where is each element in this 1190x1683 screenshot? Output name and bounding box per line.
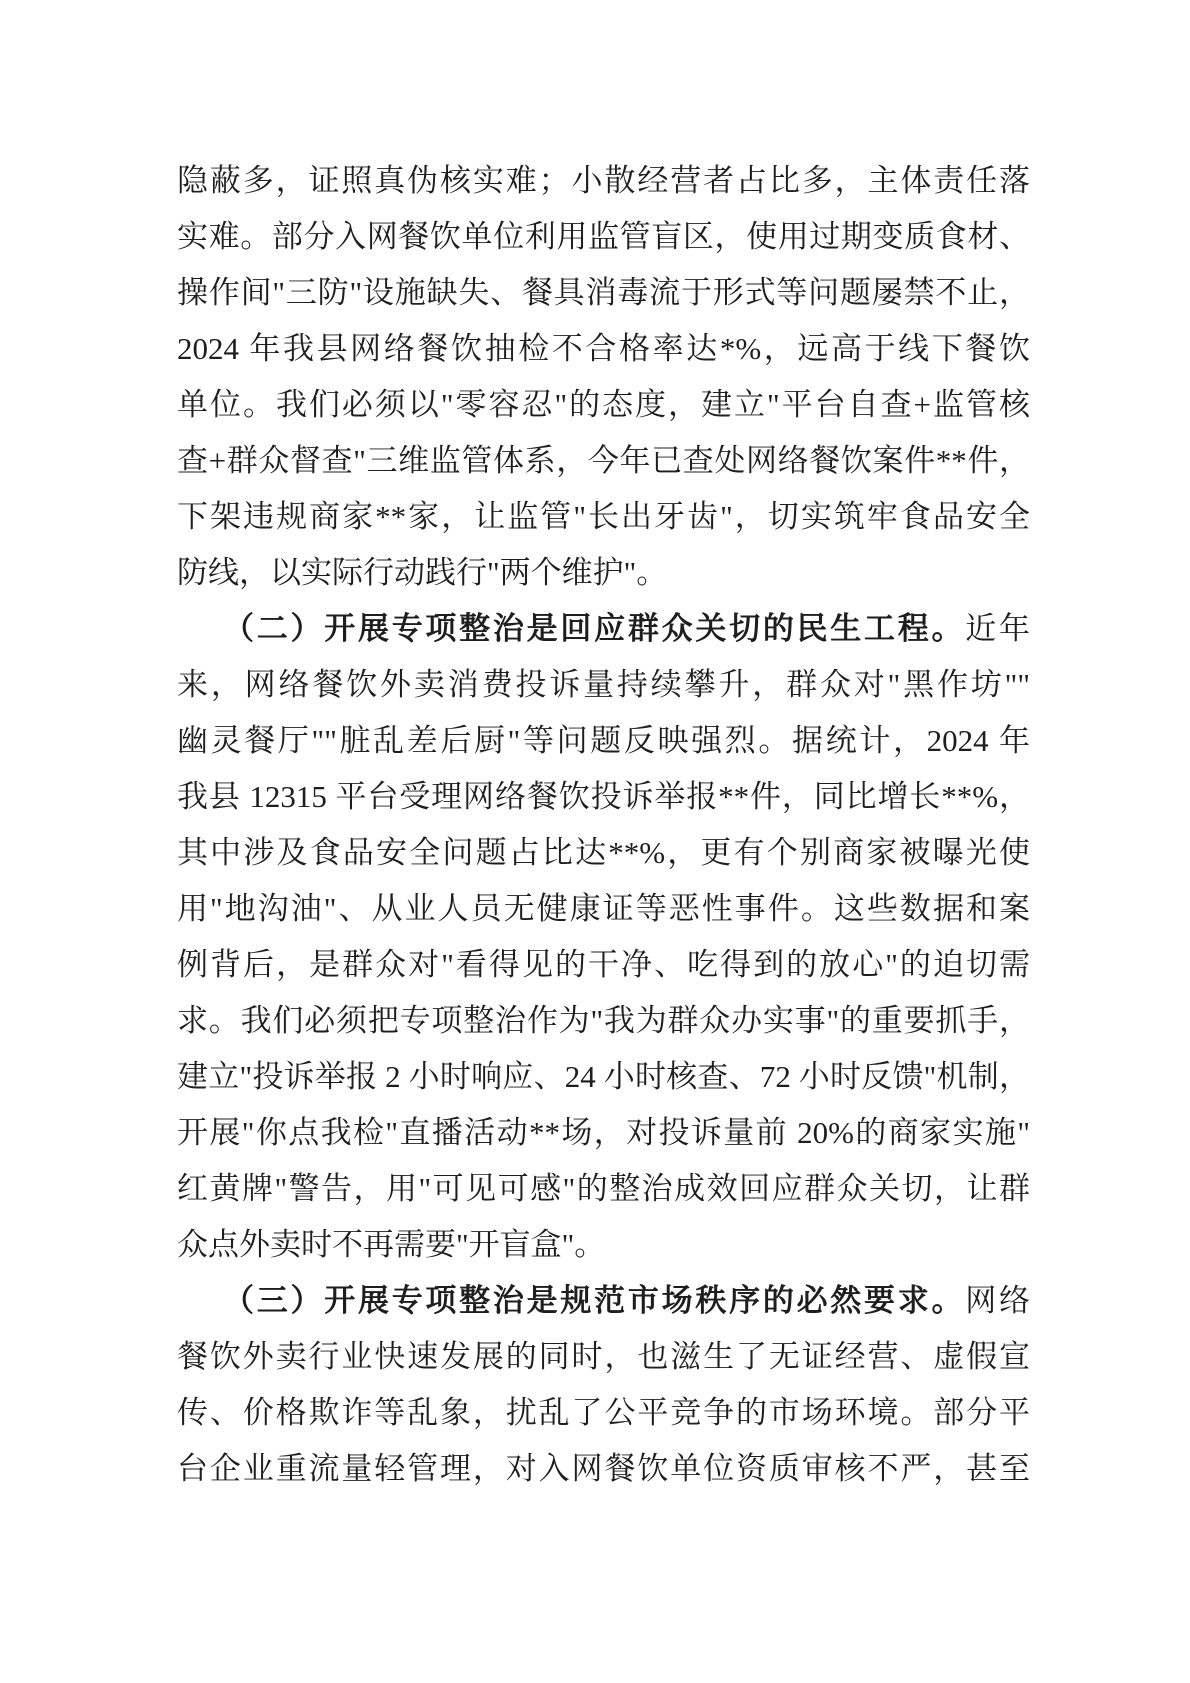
paragraph-section-2: （二）开展专项整治是回应群众关切的民生工程。近年 来，网络餐饮外卖消费投诉量持续…: [177, 601, 1030, 1273]
text-line: （二）开展专项整治是回应群众关切的民生工程。近年: [177, 601, 1030, 657]
text-line: 传、价格欺诈等乱象，扰乱了公平竞争的市场环境。部分平: [177, 1385, 1030, 1441]
text-line: 开展"你点我检"直播活动**场，对投诉量前 20%的商家实施": [177, 1105, 1030, 1161]
text-line: 防线，以实际行动践行"两个维护"。: [177, 545, 1030, 601]
text-line: 用"地沟油"、从业人员无健康证等恶性事件。这些数据和案: [177, 881, 1030, 937]
text-line: 幽灵餐厅""脏乱差后厨"等问题反映强烈。据统计，2024 年: [177, 713, 1030, 769]
text-line: 众点外卖时不再需要"开盲盒"。: [177, 1217, 1030, 1273]
text-line: 单位。我们必须以"零容忍"的态度，建立"平台自查+监管核: [177, 377, 1030, 433]
text-line: 求。我们必须把专项整治作为"我为群众办实事"的重要抓手，: [177, 993, 1030, 1049]
text-line: 操作间"三防"设施缺失、餐具消毒流于形式等问题屡禁不止，: [177, 265, 1030, 321]
text-line: 隐蔽多，证照真伪核实难；小散经营者占比多，主体责任落: [177, 153, 1030, 209]
line-text: 网络: [965, 1283, 1030, 1318]
section-heading-2: （二）开展专项整治是回应群众关切的民生工程。: [223, 611, 965, 646]
text-line: 实难。部分入网餐饮单位利用监管盲区，使用过期变质食材、: [177, 209, 1030, 265]
text-line: 来，网络餐饮外卖消费投诉量持续攀升，群众对"黑作坊"": [177, 657, 1030, 713]
text-line: 2024 年我县网络餐饮抽检不合格率达*%，远高于线下餐饮: [177, 321, 1030, 377]
text-line: （三）开展专项整治是规范市场秩序的必然要求。网络: [177, 1273, 1030, 1329]
text-line: 例背后，是群众对"看得见的干净、吃得到的放心"的迫切需: [177, 937, 1030, 993]
paragraph-continuation: 隐蔽多，证照真伪核实难；小散经营者占比多，主体责任落 实难。部分入网餐饮单位利用…: [177, 153, 1030, 601]
text-line: 其中涉及食品安全问题占比达**%，更有个别商家被曝光使: [177, 825, 1030, 881]
text-line: 台企业重流量轻管理，对入网餐饮单位资质审核不严，甚至: [177, 1441, 1030, 1497]
document-text-block: 隐蔽多，证照真伪核实难；小散经营者占比多，主体责任落 实难。部分入网餐饮单位利用…: [177, 153, 1030, 1497]
document-page: 隐蔽多，证照真伪核实难；小散经营者占比多，主体责任落 实难。部分入网餐饮单位利用…: [0, 0, 1190, 1683]
text-line: 建立"投诉举报 2 小时响应、24 小时核查、72 小时反馈"机制，: [177, 1049, 1030, 1105]
text-line: 我县 12315 平台受理网络餐饮投诉举报**件，同比增长**%，: [177, 769, 1030, 825]
text-line: 下架违规商家**家，让监管"长出牙齿"，切实筑牢食品安全: [177, 489, 1030, 545]
section-heading-3: （三）开展专项整治是规范市场秩序的必然要求。: [223, 1283, 965, 1318]
text-line: 查+群众督查"三维监管体系，今年已查处网络餐饮案件**件，: [177, 433, 1030, 489]
text-line: 红黄牌"警告，用"可见可感"的整治成效回应群众关切，让群: [177, 1161, 1030, 1217]
text-line: 餐饮外卖行业快速发展的同时，也滋生了无证经营、虚假宣: [177, 1329, 1030, 1385]
paragraph-section-3: （三）开展专项整治是规范市场秩序的必然要求。网络 餐饮外卖行业快速发展的同时，也…: [177, 1273, 1030, 1497]
line-text: 近年: [965, 611, 1030, 646]
